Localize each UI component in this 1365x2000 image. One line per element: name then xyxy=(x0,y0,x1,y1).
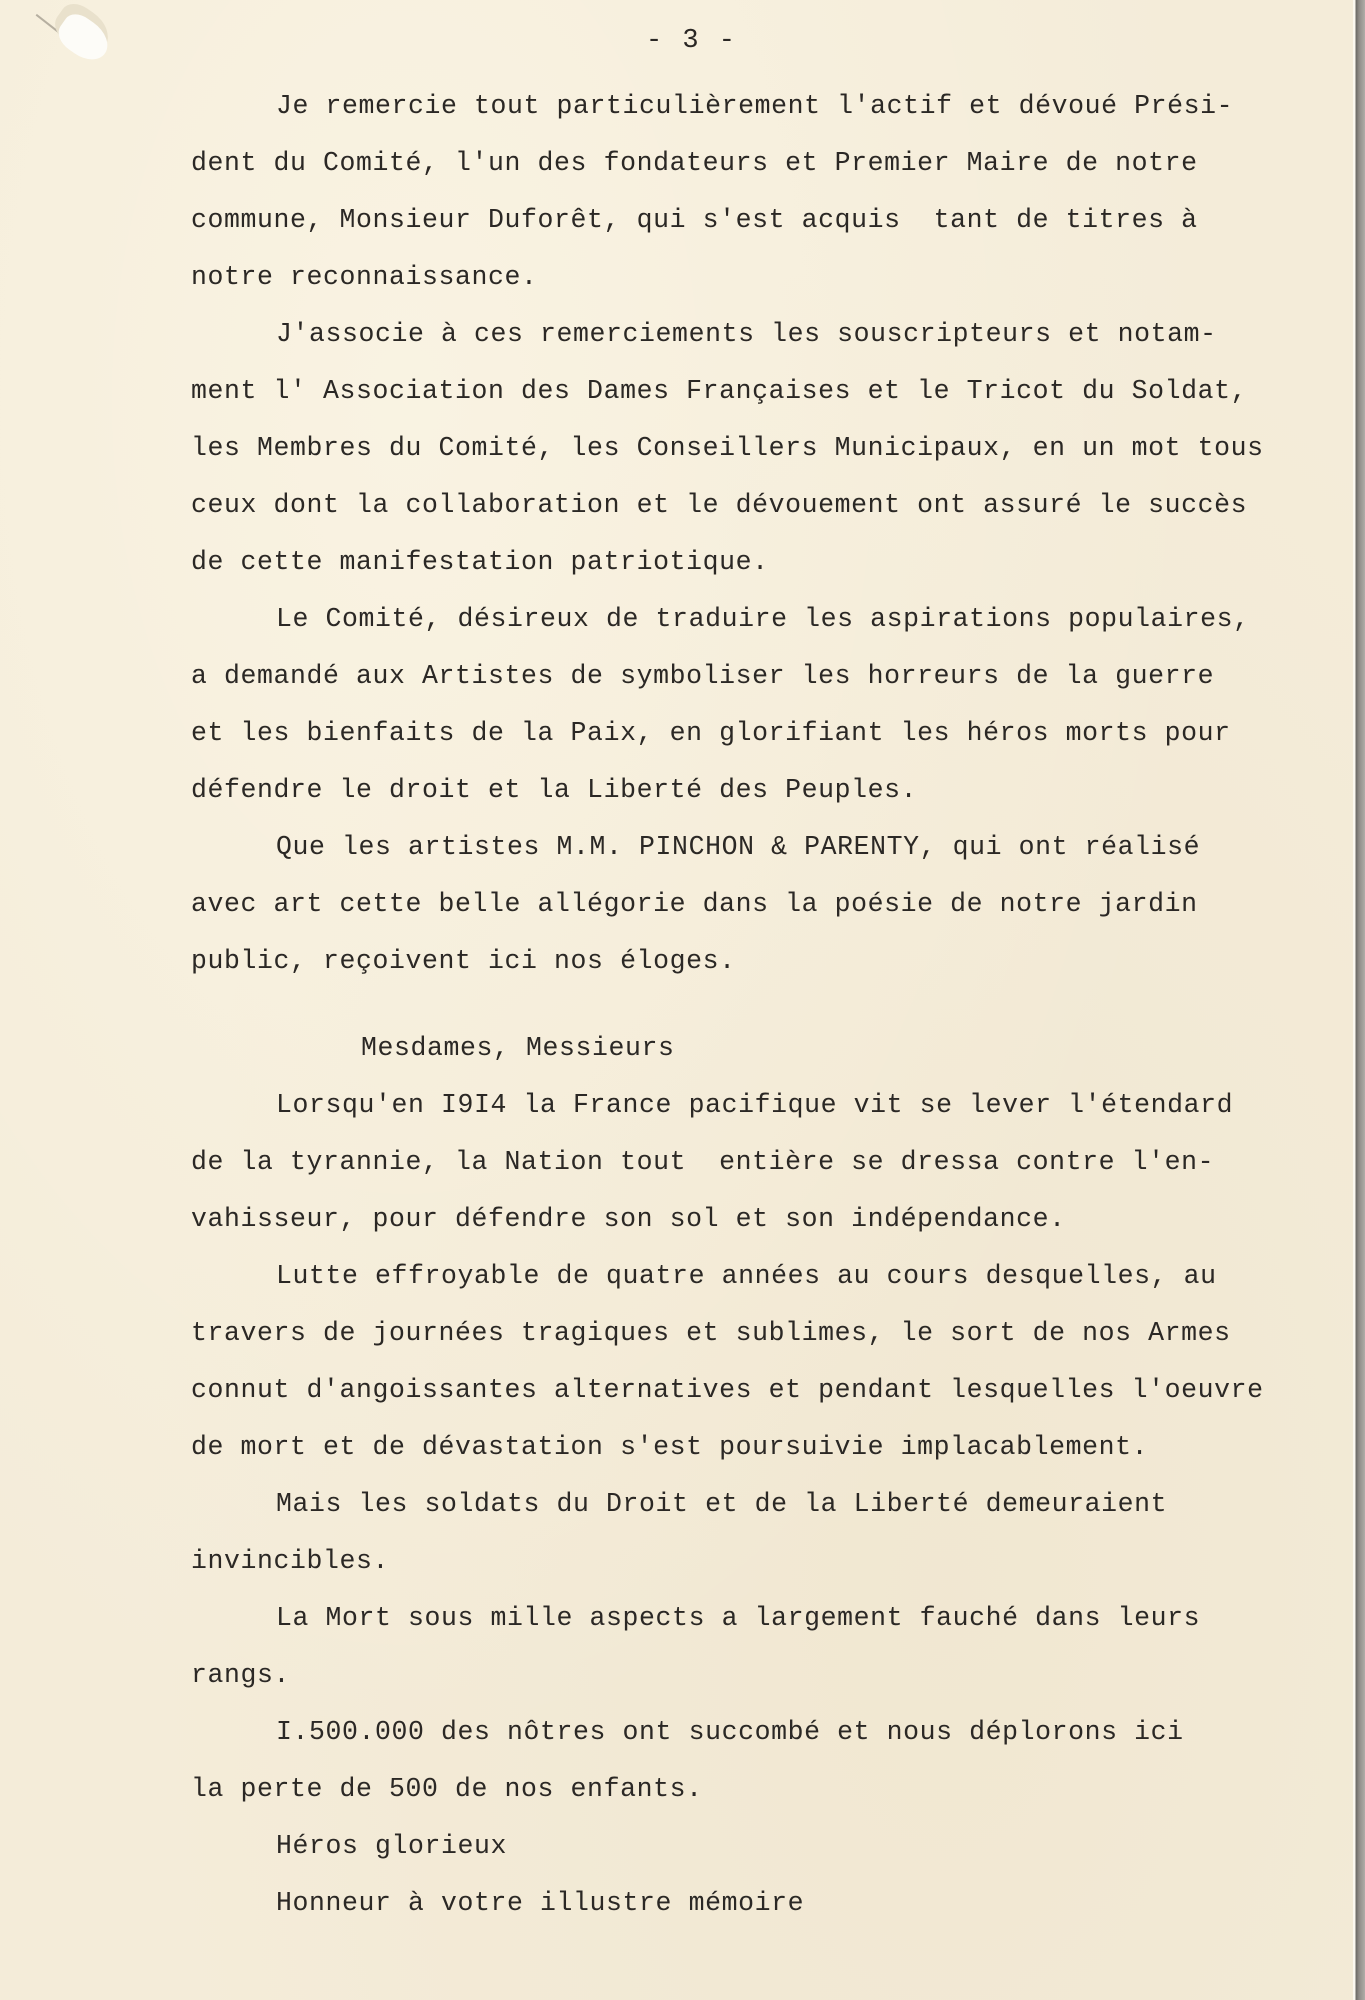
text-line: rangs. xyxy=(191,1647,1341,1704)
text-line: Le Comité, désireux de traduire les aspi… xyxy=(191,591,1341,648)
text-line: la perte de 500 de nos enfants. xyxy=(191,1761,1341,1818)
text-line: commune, Monsieur Duforêt, qui s'est acq… xyxy=(191,192,1341,249)
text-line: dent du Comité, l'un des fondateurs et P… xyxy=(191,135,1341,192)
text-line: Mais les soldats du Droit et de la Liber… xyxy=(191,1476,1341,1533)
text-line: de cette manifestation patriotique. xyxy=(191,534,1341,591)
text-line: Lorsqu'en I9I4 la France pacifique vit s… xyxy=(191,1077,1341,1134)
text-line: défendre le droit et la Liberté des Peup… xyxy=(191,762,1341,819)
text-line: de mort et de dévastation s'est poursuiv… xyxy=(191,1419,1341,1476)
text-line: de la tyrannie, la Nation tout entière s… xyxy=(191,1134,1341,1191)
scan-right-border xyxy=(1353,0,1365,2000)
text-line: I.500.000 des nôtres ont succombé et nou… xyxy=(191,1704,1341,1761)
text-line: notre reconnaissance. xyxy=(191,249,1341,306)
text-line: a demandé aux Artistes de symboliser les… xyxy=(191,648,1341,705)
text-line: travers de journées tragiques et sublime… xyxy=(191,1305,1341,1362)
text-line: invincibles. xyxy=(191,1533,1341,1590)
text-line: Lutte effroyable de quatre années au cou… xyxy=(191,1248,1341,1305)
text-line: Je remercie tout particulièrement l'acti… xyxy=(191,78,1341,135)
closing-line: Honneur à votre illustre mémoire xyxy=(191,1875,1341,1932)
text-line: avec art cette belle allégorie dans la p… xyxy=(191,876,1341,933)
document-page: - 3 - Je remercie tout particulièrement … xyxy=(0,0,1353,2000)
salutation: Mesdames, Messieurs xyxy=(191,1020,1341,1077)
text-line: La Mort sous mille aspects a largement f… xyxy=(191,1590,1341,1647)
page-number: - 3 - xyxy=(0,26,1353,56)
text-line: les Membres du Comité, les Conseillers M… xyxy=(191,420,1341,477)
text-line: public, reçoivent ici nos éloges. xyxy=(191,933,1341,990)
text-line: connut d'angoissantes alternatives et pe… xyxy=(191,1362,1341,1419)
text-line: Que les artistes M.M. PINCHON & PARENTY,… xyxy=(191,819,1341,876)
text-line: ceux dont la collaboration et le dévouem… xyxy=(191,477,1341,534)
text-line: et les bienfaits de la Paix, en glorifia… xyxy=(191,705,1341,762)
text-line: vahisseur, pour défendre son sol et son … xyxy=(191,1191,1341,1248)
text-line: ment l' Association des Dames Françaises… xyxy=(191,363,1341,420)
speech-text: Je remercie tout particulièrement l'acti… xyxy=(191,78,1341,1932)
text-line: J'associe à ces remerciements les souscr… xyxy=(191,306,1341,363)
closing-line: Héros glorieux xyxy=(191,1818,1341,1875)
